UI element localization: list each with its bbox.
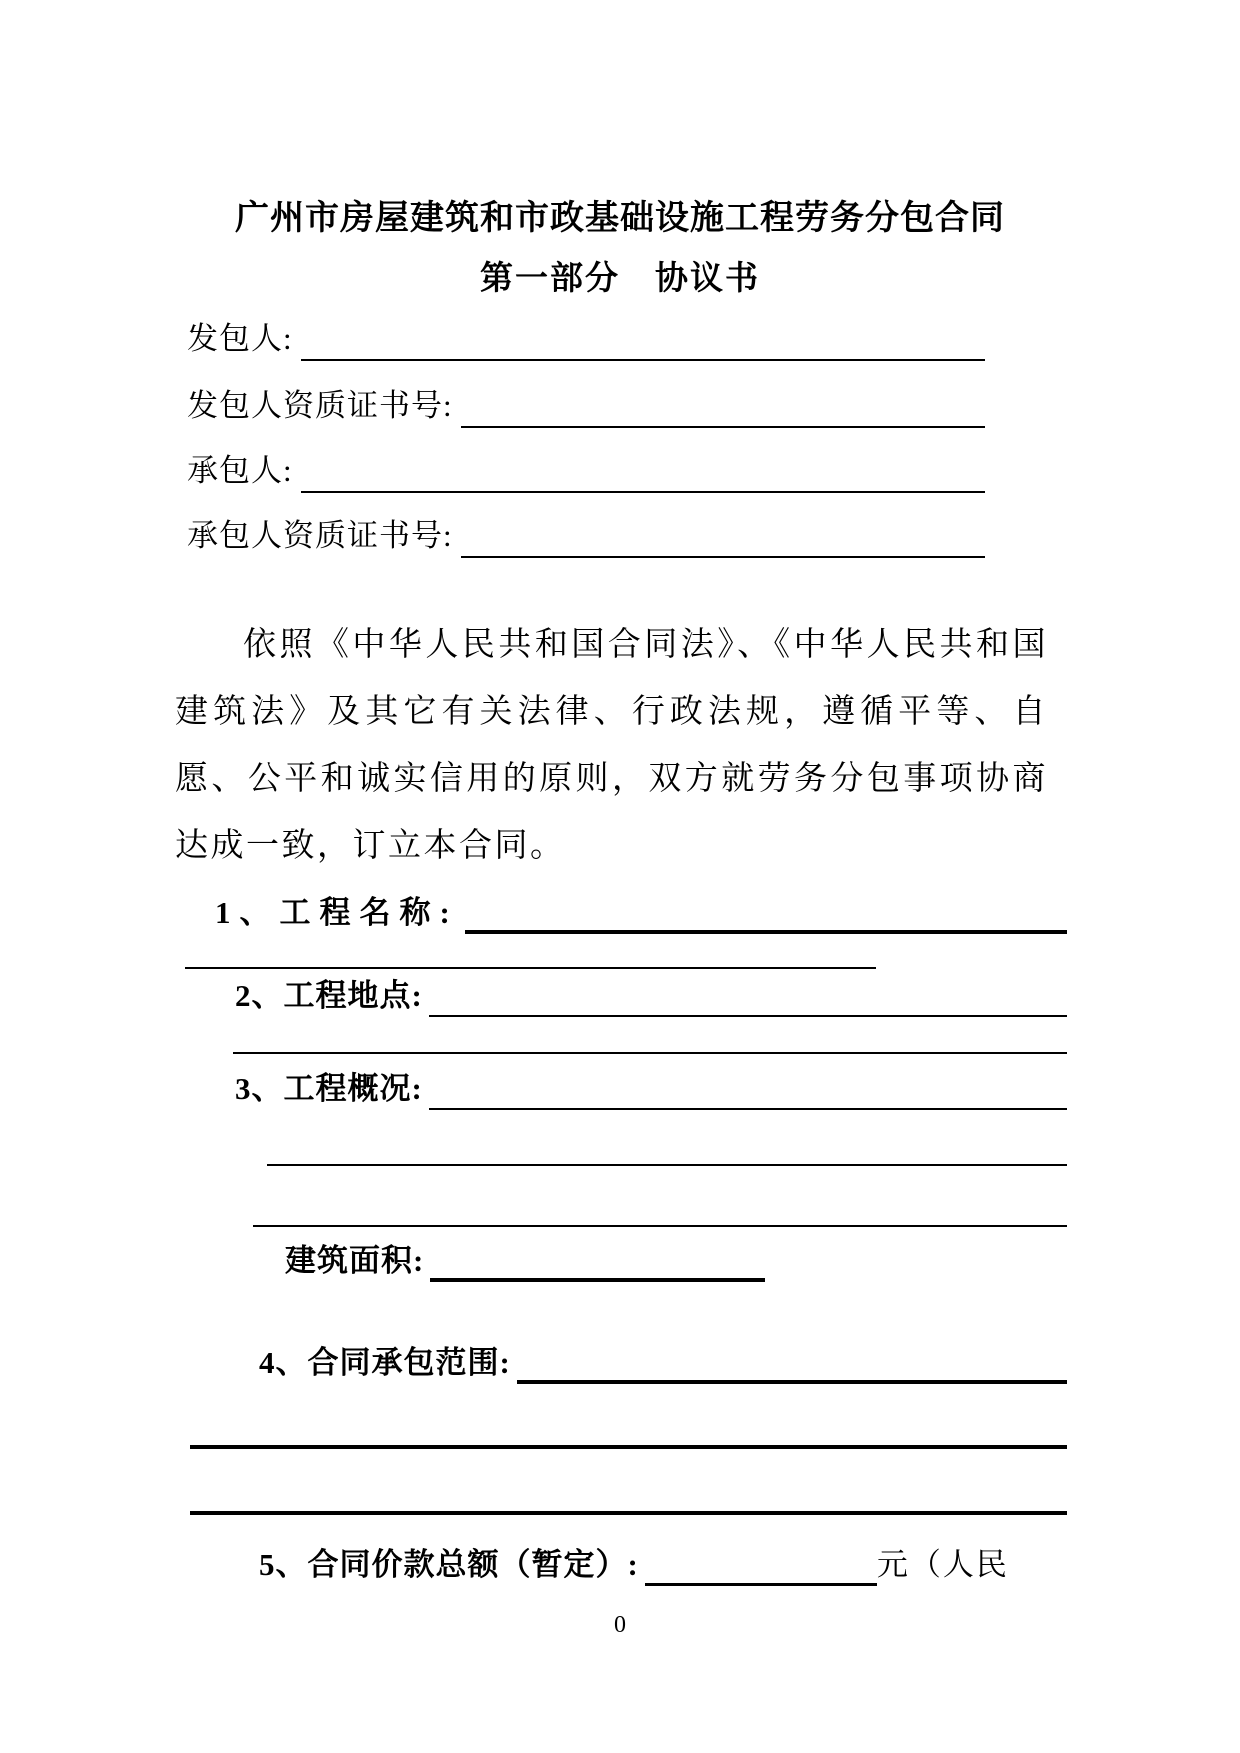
building-area-row: 建筑面积:: [175, 1238, 1067, 1282]
employer-certificate-label: 发包人资质证书号:: [187, 386, 453, 428]
project-overview-blank-line: [429, 1074, 1067, 1110]
page-number: 0: [0, 1612, 1240, 1639]
contract-document-page: 广州市房屋建筑和市政基础设施工程劳务分包合同 第一部分 协议书 发包人: 发包人…: [0, 0, 1240, 1753]
project-overview-continuation-line-2: [253, 1225, 1067, 1227]
employer-certificate-blank-line: [461, 388, 985, 428]
project-overview-continuation-line-1: [267, 1164, 1067, 1166]
employer-blank-line: [301, 321, 985, 361]
contract-scope-label: 4、合同承包范围:: [259, 1337, 511, 1384]
contract-price-label: 5、合同价款总额（暂定）:: [259, 1539, 639, 1586]
contractor-certificate-label: 承包人资质证书号:: [187, 516, 453, 558]
employer-label: 发包人:: [187, 319, 293, 361]
building-area-blank-line: [430, 1244, 765, 1282]
clause-project-location-row: 2、工程地点:: [175, 973, 1067, 1017]
project-location-blank-line: [429, 981, 1067, 1017]
project-location-label: 2、工程地点:: [235, 970, 423, 1017]
contract-scope-blank-line: [517, 1346, 1067, 1384]
contractor-label: 承包人:: [187, 451, 293, 493]
clause-contract-price-row: 5、合同价款总额（暂定）: 元（人民: [175, 1542, 1067, 1586]
employer-certificate-field-row: 发包人资质证书号:: [175, 382, 985, 428]
contract-price-blank-line: [645, 1549, 877, 1586]
contractor-blank-line: [301, 453, 985, 493]
clause-contract-scope-row: 4、合同承包范围:: [175, 1340, 1067, 1384]
contract-scope-continuation-line-1: [190, 1445, 1067, 1449]
contractor-certificate-field-row: 承包人资质证书号:: [175, 512, 985, 558]
building-area-label: 建筑面积:: [285, 1235, 424, 1282]
contract-price-unit-text: 元（人民: [877, 1539, 1009, 1586]
project-location-continuation-line: [233, 1052, 1067, 1054]
project-name-blank-line: [465, 896, 1067, 934]
project-name-continuation-line: [185, 967, 876, 969]
document-title: 广州市房屋建筑和市政基础设施工程劳务分包合同: [0, 190, 1240, 239]
project-overview-label: 3、工程概况:: [235, 1063, 423, 1110]
clause-project-overview-row: 3、工程概况:: [175, 1066, 1067, 1110]
contractor-certificate-blank-line: [461, 518, 985, 558]
contract-scope-continuation-line-2: [190, 1511, 1067, 1515]
contractor-field-row: 承包人:: [175, 447, 985, 493]
employer-field-row: 发包人:: [175, 315, 985, 361]
clause-project-name-row: 1、工程名称:: [175, 890, 1067, 934]
preamble-paragraph: 依照《中华人民共和国合同法》、《中华人民共和国建筑法》及其它有关法律、行政法规，…: [175, 612, 1048, 880]
project-name-label: 1、工程名称:: [215, 887, 459, 934]
section-heading: 第一部分 协议书: [0, 252, 1240, 299]
